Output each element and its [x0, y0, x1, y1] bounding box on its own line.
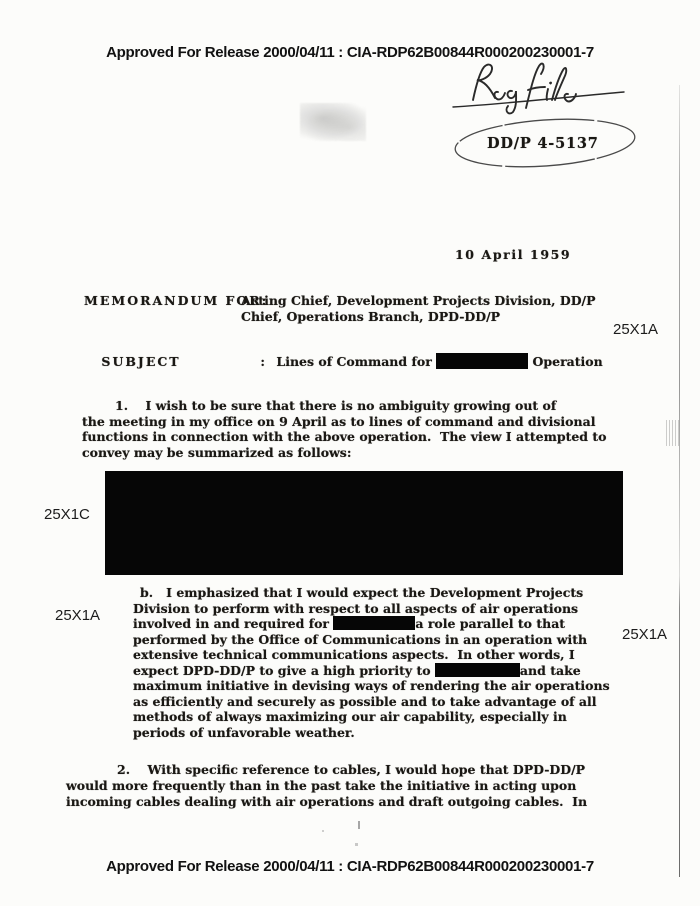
scan-speck [358, 821, 360, 829]
recipient-list: Acting Chief, Development Projects Divis… [241, 293, 596, 324]
redaction-bar-subject [436, 353, 528, 369]
scan-speck [355, 843, 358, 846]
memo-line: maximum initiative in devising ways of r… [133, 678, 610, 694]
memo-line: as efficiently and securely as possible … [133, 694, 610, 710]
paragraph-2: 2. With specific reference to cables, I … [66, 762, 587, 810]
memo-line: would more frequently than in the past t… [66, 778, 587, 794]
handwriting-strokes [453, 64, 624, 114]
memo-text: a role parallel to that [415, 616, 565, 631]
memo-line-redacted: expect DPD-DD/P to give a high priority … [133, 663, 610, 679]
scan-smudge-mark [300, 103, 366, 141]
classification-header: Approved For Release 2000/04/11 : CIA-RD… [0, 44, 700, 61]
memo-line: methods of always maximizing our air cap… [133, 709, 610, 725]
memo-line-redacted: involved in and required for a role para… [133, 616, 610, 632]
declass-code-left-a: 25X1A [55, 607, 100, 624]
memo-line: periods of unfavorable weather. [133, 725, 610, 741]
stamp-number: DD/P 4-5137 [487, 135, 599, 152]
subject-label: SUBJECT [101, 354, 260, 369]
memo-text: and take [520, 663, 581, 678]
memo-date: 10 April 1959 [455, 247, 571, 262]
memo-line: 2. With specific reference to cables, I … [66, 762, 587, 778]
subject-colon: : [260, 354, 276, 369]
subject-row: SUBJECT:Lines of Command for Operation [84, 338, 603, 384]
classification-footer: Approved For Release 2000/04/11 : CIA-RD… [0, 858, 700, 875]
memo-line: incoming cables dealing with air operati… [66, 794, 587, 810]
declass-code-subject-right: 25X1A [613, 321, 658, 338]
memo-line: the meeting in my office on 9 April as t… [82, 414, 607, 430]
memo-text: involved in and required for [133, 616, 333, 631]
declass-code-body-right: 25X1A [622, 626, 667, 643]
redaction-bar-inline [435, 663, 520, 677]
redaction-bar-inline [333, 616, 415, 630]
memo-text: expect DPD-DD/P to give a high priority … [133, 663, 435, 678]
subject-text-post: Operation [528, 354, 603, 369]
memo-line: Division to perform with respect to all … [133, 601, 610, 617]
memo-line: b. I emphasized that I would expect the … [133, 585, 610, 601]
declass-code-left-c: 25X1C [44, 506, 90, 523]
subject-text-pre: Lines of Command for [276, 354, 436, 369]
paragraph-b: b. I emphasized that I would expect the … [133, 585, 610, 740]
memo-line: 1. I wish to be sure that there is no am… [82, 398, 607, 414]
recipient-line: Chief, Operations Branch, DPD-DD/P [241, 309, 596, 325]
memo-line: convey may be summarized as follows: [82, 445, 607, 461]
scan-edge-smudge [666, 420, 679, 446]
recipient-line: Acting Chief, Development Projects Divis… [241, 293, 596, 309]
handwritten-note-reg-file [448, 60, 638, 118]
redaction-block-25x1c [105, 471, 623, 575]
scanned-memo-page: Approved For Release 2000/04/11 : CIA-RD… [0, 0, 700, 906]
paragraph-1: 1. I wish to be sure that there is no am… [82, 398, 607, 460]
scan-edge-line [679, 85, 680, 877]
scan-speck [322, 830, 324, 832]
memo-line: extensive technical communications aspec… [133, 647, 610, 663]
memo-line: functions in connection with the above o… [82, 429, 607, 445]
memo-line: performed by the Office of Communication… [133, 632, 610, 648]
